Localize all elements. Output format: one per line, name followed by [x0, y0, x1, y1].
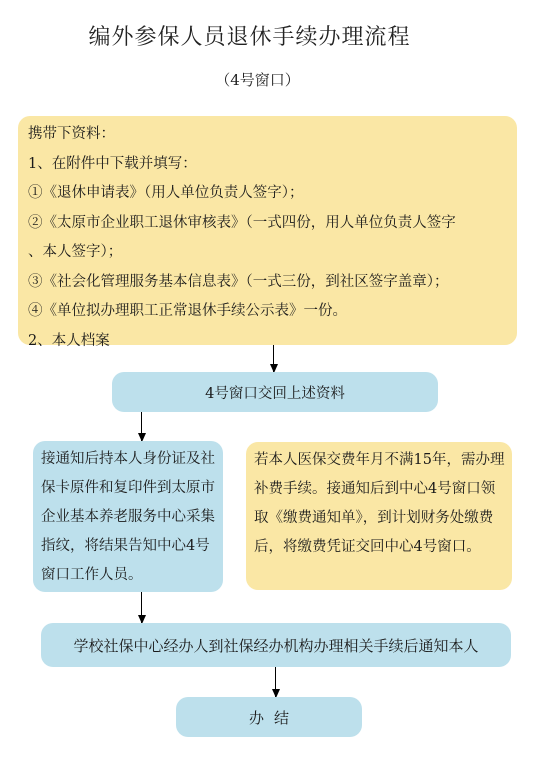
step-complete: 办结: [176, 697, 362, 737]
materials-line: ①《退休申请表》（用人单位负责人签字）；: [28, 179, 509, 209]
page-title-text: 编外参保人员退休手续办理流程: [88, 25, 410, 50]
arrow-down-icon: [275, 667, 276, 697]
materials-box: 携带下资料： 1、在附件中下载并填写： ①《退休申请表》（用人单位负责人签字）；…: [18, 116, 517, 345]
materials-line: 、本人签字）；: [28, 238, 509, 268]
step-submit-materials: 4号窗口交回上述资料: [112, 372, 438, 412]
arrow-down-icon: [273, 345, 274, 372]
step-submit-label: 4号窗口交回上述资料: [205, 382, 345, 403]
materials-line: 2、本人档案: [28, 327, 509, 357]
materials-line: ③《社会化管理服务基本信息表》（一式三份，到社区签字盖章）；: [28, 268, 509, 298]
materials-line: ②《太原市企业职工退休审核表》（一式四份，用人单位负责人签字: [28, 209, 509, 239]
step-supplement-text: 若本人医保交费年月不满15年，需办理补费手续。接通知后到中心4号窗口领取《缴费通…: [254, 452, 504, 555]
materials-line: ④《单位拟办理职工正常退休手续公示表》一份。: [28, 297, 509, 327]
step-fingerprint: 接通知后持本人身份证及社保卡原件和复印件到太原市企业基本养老服务中心采集指纹，将…: [33, 441, 223, 592]
step-agency-processing: 学校社保中心经办人到社保经办机构办理相关手续后通知本人: [41, 623, 511, 667]
materials-line: 携带下资料：: [28, 120, 509, 150]
step-fingerprint-text: 接通知后持本人身份证及社保卡原件和复印件到太原市企业基本养老服务中心采集指纹，将…: [41, 451, 215, 583]
materials-line: 1、在附件中下载并填写：: [28, 150, 509, 180]
step-complete-label: 办结: [239, 707, 299, 728]
arrow-down-icon: [141, 592, 142, 623]
step-supplement-payment: 若本人医保交费年月不满15年，需办理补费手续。接通知后到中心4号窗口领取《缴费通…: [246, 442, 512, 590]
page-subtitle-text: （4号窗口）: [215, 71, 300, 89]
arrow-down-icon: [141, 412, 142, 441]
page-subtitle: （4号窗口）: [0, 69, 539, 90]
page-title: 编外参保人员退休手续办理流程: [0, 20, 539, 51]
step-agency-label: 学校社保中心经办人到社保经办机构办理相关手续后通知本人: [73, 635, 478, 656]
